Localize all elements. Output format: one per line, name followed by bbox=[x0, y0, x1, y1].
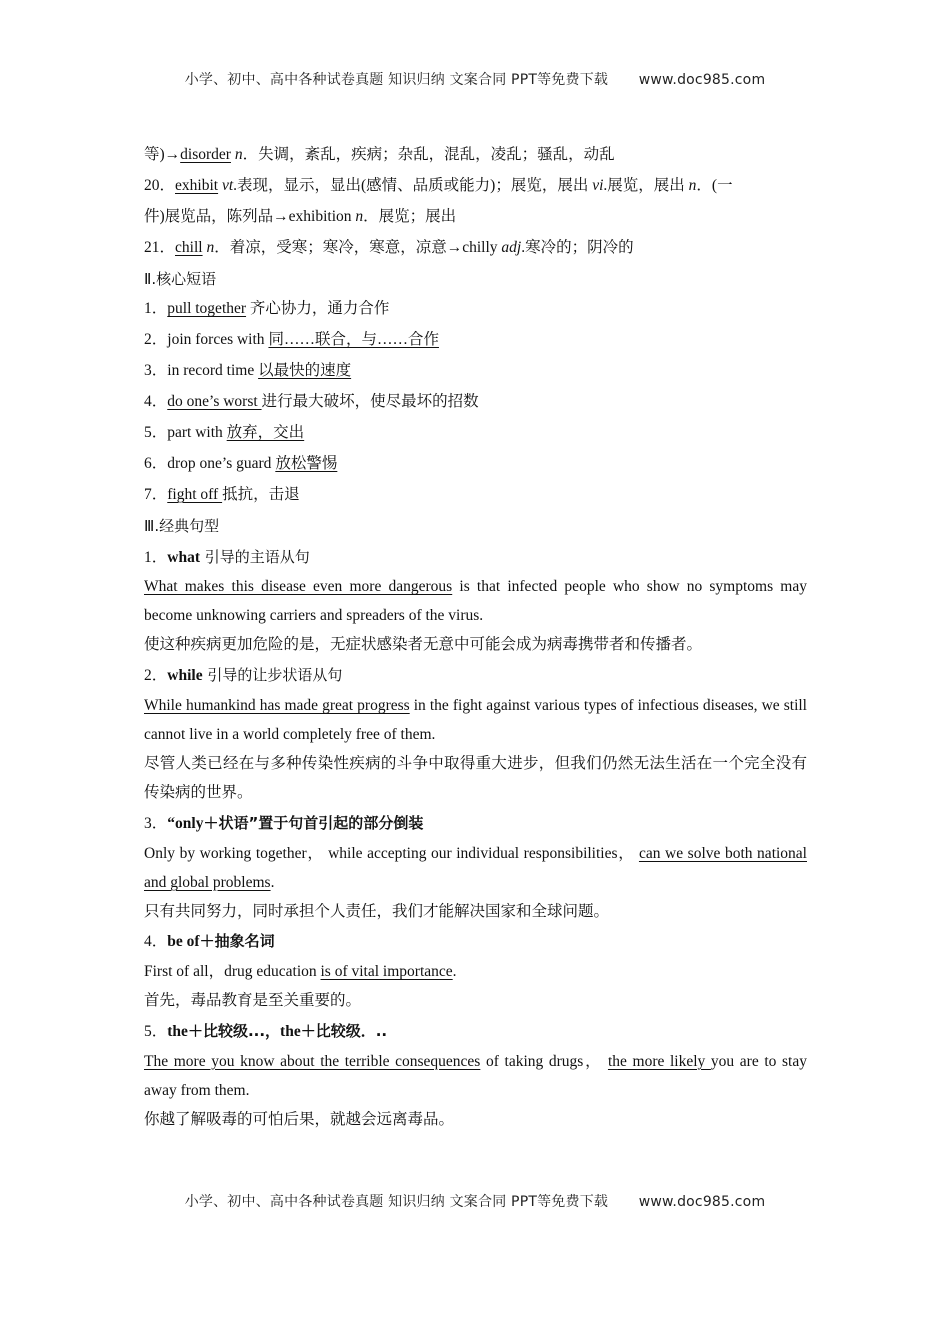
vocab-item-20: 20．exhibit vt.表现，显示，显出(感情、品质或能力)；展览，展出 v… bbox=[144, 171, 807, 202]
phrase-item: 2．join forces with 同……联合，与……合作 bbox=[144, 325, 807, 356]
phrase-item: 5．part with 放弃，交出 bbox=[144, 418, 807, 449]
pattern-translation: 只有共同努力，同时承担个人责任，我们才能解决国家和全球问题。 bbox=[144, 897, 807, 927]
pattern-example: Only by working together， while acceptin… bbox=[144, 839, 807, 897]
phrase-item: 1．pull together 齐心协力，通力合作 bbox=[144, 294, 807, 325]
phrase-item: 6．drop one’s guard 放松警惕 bbox=[144, 449, 807, 480]
phrase-item: 4．do one’s worst 进行最大破坏，使尽最坏的招数 bbox=[144, 387, 807, 418]
pattern-translation: 使这种疾病更加危险的是，无症状感染者无意中可能会成为病毒携带者和传播者。 bbox=[144, 630, 807, 660]
pattern-example: What makes this disease even more danger… bbox=[144, 572, 807, 630]
footer-site-link[interactable]: www.doc985.com bbox=[639, 1194, 766, 1210]
vocab-item-19-tail: 等)→disorder n．失调，紊乱，疾病；杂乱，混乱，凌乱；骚乱，动乱 bbox=[144, 140, 807, 171]
vocab-word: disorder bbox=[180, 146, 231, 163]
phrase-item: 3．in record time 以最快的速度 bbox=[144, 356, 807, 387]
header-text: 小学、初中、高中各种试卷真题 知识归纳 文案合同 PPT等免费下载 bbox=[185, 72, 608, 88]
footer-text: 小学、初中、高中各种试卷真题 知识归纳 文案合同 PPT等免费下载 bbox=[185, 1194, 608, 1210]
phrase-item: 7．fight off 抵抗，击退 bbox=[144, 480, 807, 511]
section-title-core-phrases: Ⅱ.核心短语 bbox=[144, 264, 807, 295]
section-title-sentence-patterns: Ⅲ.经典句型 bbox=[144, 511, 807, 542]
pattern-title: 5．the＋比较级...，the＋比较级．.. bbox=[144, 1016, 807, 1047]
vocab-word: exhibit bbox=[175, 177, 218, 194]
pattern-title: 3．“only＋状语”置于句首引起的部分倒装 bbox=[144, 808, 807, 839]
pattern-title: 2．while 引导的让步状语从句 bbox=[144, 660, 807, 691]
page-header: 小学、初中、高中各种试卷真题 知识归纳 文案合同 PPT等免费下载 www.do… bbox=[0, 69, 950, 89]
pattern-translation: 首先，毒品教育是至关重要的。 bbox=[144, 986, 807, 1016]
pattern-title: 1．what 引导的主语从句 bbox=[144, 542, 807, 573]
header-site-link[interactable]: www.doc985.com bbox=[639, 72, 766, 88]
pattern-translation: 尽管人类已经在与多种传染性疾病的斗争中取得重大进步，但我们仍然无法生活在一个完全… bbox=[144, 749, 807, 808]
pattern-example: First of all，drug education is of vital … bbox=[144, 957, 807, 986]
pattern-title: 4．be of＋抽象名词 bbox=[144, 926, 807, 957]
pattern-translation: 你越了解吸毒的可怕后果，就越会远离毒品。 bbox=[144, 1105, 807, 1135]
document-body: 等)→disorder n．失调，紊乱，疾病；杂乱，混乱，凌乱；骚乱，动乱 20… bbox=[144, 140, 807, 1134]
vocab-word: chill bbox=[175, 239, 203, 256]
vocab-item-21: 21．chill n．着凉，受寒；寒冷，寒意，凉意→chilly adj.寒冷的… bbox=[144, 233, 807, 264]
page-footer: 小学、初中、高中各种试卷真题 知识归纳 文案合同 PPT等免费下载 www.do… bbox=[0, 1191, 950, 1211]
vocab-item-20-cont: 件)展览品，陈列品→exhibition n．展览；展出 bbox=[144, 202, 807, 233]
pattern-example: While humankind has made great progress … bbox=[144, 691, 807, 749]
pattern-example: The more you know about the terrible con… bbox=[144, 1047, 807, 1105]
